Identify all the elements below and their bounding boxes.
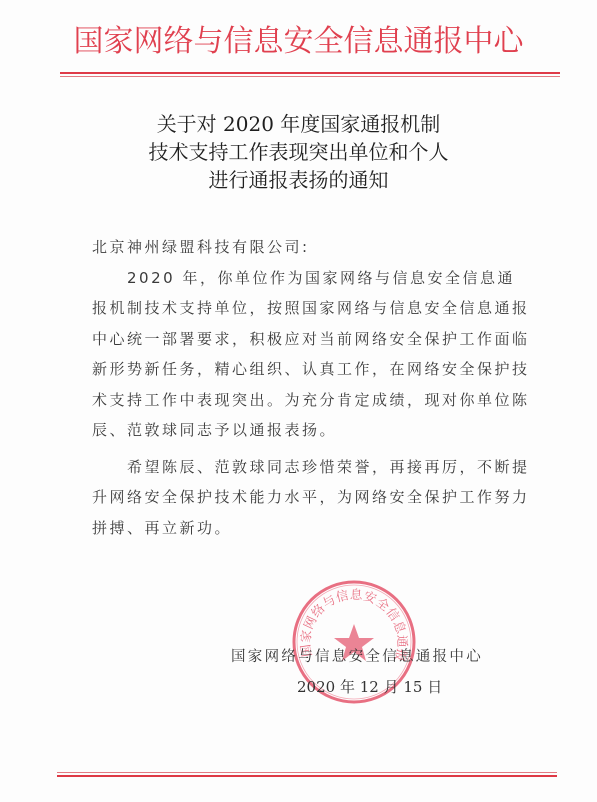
letterhead-title: 国家网络与信息安全信息通报中心	[0, 22, 597, 62]
letterhead-divider-thick	[60, 72, 560, 74]
issue-date: 2020 年 12 月 15 日	[297, 672, 442, 702]
salutation: 北京神州绿盟科技有限公司:	[92, 232, 532, 263]
paragraph-2: 希望陈辰、范敦球同志珍惜荣誉，再接再厉，不断提升网络安全保护技术能力水平，为网络…	[92, 452, 532, 544]
footer-divider-thick	[57, 775, 557, 777]
paragraph-1: 2020 年，你单位作为国家网络与信息安全信息通报机制技术支持单位，按照国家网络…	[92, 263, 532, 446]
title-line-2: 技术支持工作表现突出单位和个人	[0, 138, 597, 166]
notice-title: 关于对 2020 年度国家通报机制 技术支持工作表现突出单位和个人 进行通报表扬…	[0, 110, 597, 194]
document-page: 国家网络与信息安全信息通报中心 关于对 2020 年度国家通报机制 技术支持工作…	[0, 0, 597, 802]
notice-body: 北京神州绿盟科技有限公司: 2020 年，你单位作为国家网络与信息安全信息通报机…	[92, 232, 532, 543]
issuer-name: 国家网络与信息安全信息通报中心	[231, 642, 483, 672]
footer-divider-thin	[57, 772, 557, 773]
letterhead-divider-thin	[60, 76, 560, 77]
title-line-3: 进行通报表扬的通知	[0, 166, 597, 194]
title-line-1: 关于对 2020 年度国家通报机制	[0, 110, 597, 138]
